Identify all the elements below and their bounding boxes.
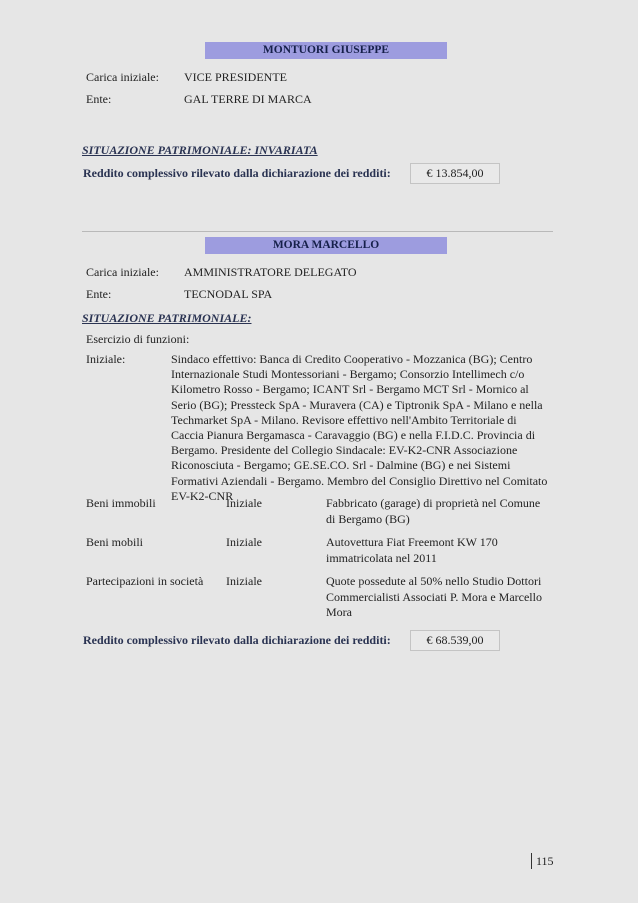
ente-value: GAL TERRE DI MARCA bbox=[184, 92, 312, 107]
carica-label: Carica iniziale: bbox=[86, 70, 159, 85]
reddito-label: Reddito complessivo rilevato dalla dichi… bbox=[83, 166, 391, 181]
page-number: 115 bbox=[531, 853, 554, 869]
asset-category: Beni mobili bbox=[86, 535, 143, 550]
section-divider bbox=[82, 231, 553, 232]
ente-label: Ente: bbox=[86, 287, 111, 302]
person-name-banner: MONTUORI GIUSEPPE bbox=[205, 42, 447, 59]
carica-label: Carica iniziale: bbox=[86, 265, 159, 280]
asset-description: Autovettura Fiat Freemont KW 170 immatri… bbox=[326, 535, 551, 566]
ente-label: Ente: bbox=[86, 92, 111, 107]
asset-description: Fabbricato (garage) di proprietà nel Com… bbox=[326, 496, 551, 527]
person-name-banner: MORA MARCELLO bbox=[205, 237, 447, 254]
asset-status: Iniziale bbox=[226, 496, 262, 511]
asset-category: Partecipazioni in società bbox=[86, 574, 203, 589]
situazione-patrimoniale-title: SITUAZIONE PATRIMONIALE: INVARIATA bbox=[82, 143, 318, 158]
iniziale-text: Sindaco effettivo: Banca di Credito Coop… bbox=[171, 352, 549, 504]
reddito-value: € 68.539,00 bbox=[410, 630, 500, 651]
iniziale-label: Iniziale: bbox=[86, 352, 125, 367]
reddito-label: Reddito complessivo rilevato dalla dichi… bbox=[83, 633, 391, 648]
situazione-patrimoniale-title: SITUAZIONE PATRIMONIALE: bbox=[82, 311, 251, 326]
ente-value: TECNODAL SPA bbox=[184, 287, 272, 302]
carica-value: VICE PRESIDENTE bbox=[184, 70, 287, 85]
asset-description: Quote possedute al 50% nello Studio Dott… bbox=[326, 574, 551, 621]
asset-status: Iniziale bbox=[226, 574, 262, 589]
esercizio-funzioni-label: Esercizio di funzioni: bbox=[86, 332, 189, 347]
carica-value: AMMINISTRATORE DELEGATO bbox=[184, 265, 357, 280]
reddito-value: € 13.854,00 bbox=[410, 163, 500, 184]
asset-status: Iniziale bbox=[226, 535, 262, 550]
asset-category: Beni immobili bbox=[86, 496, 156, 511]
